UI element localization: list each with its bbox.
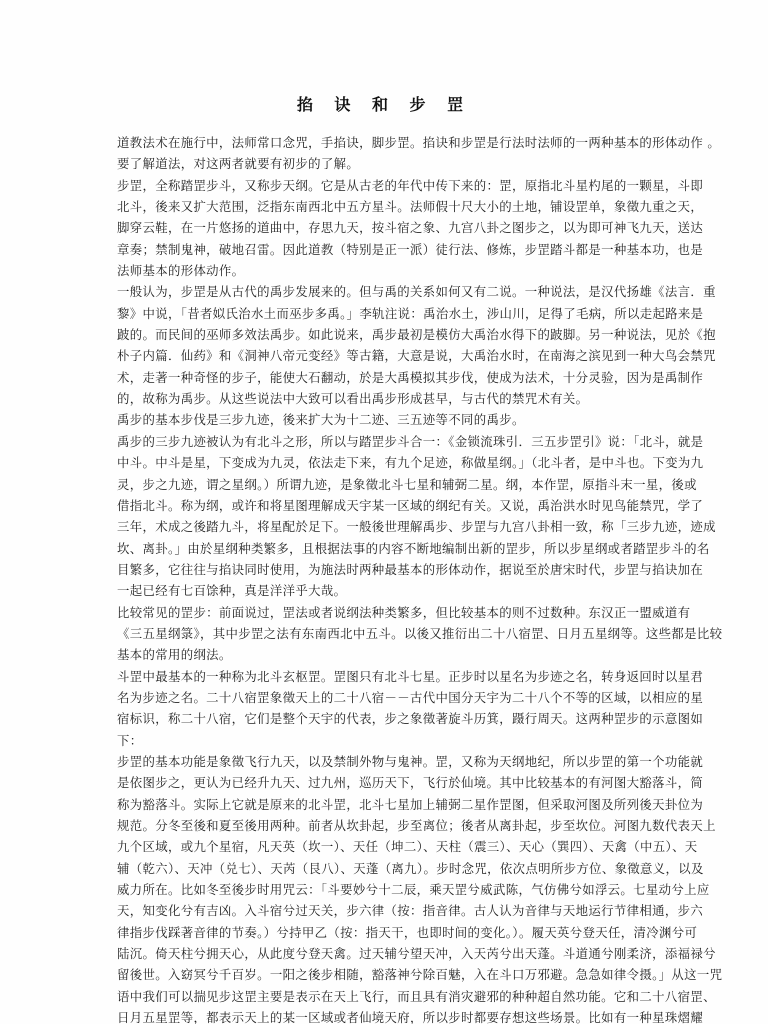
text-line: 是依图步之，更认为已经升九天、过九州，巡历天下，飞行於仙境。其中比较基本的有河图… — [117, 772, 662, 793]
text-line: 脚穿云鞋，在一片悠扬的道曲中，存思九天，按斗宿之象、九宫八卦之图步之，以为即可神… — [117, 217, 662, 238]
text-line: 步罡，全称踏罡步斗，又称步天纲。它是从古老的年代中传下来的：罡，原指北斗星杓尾的… — [117, 175, 662, 196]
text-line: 一起已经有七百馀种，真是洋洋乎大哉。 — [117, 580, 662, 601]
text-line: 法师基本的形体动作。 — [117, 260, 662, 281]
text-line: 九个区域，或九个星宿，凡天英（坎一）、天任（坤二）、天柱（震三）、天心（巽四）、… — [117, 836, 662, 857]
text-line: 术，走著一种奇怪的步子，能使大石翻动，於是大禹模拟其步伐，使成为法术，十分灵验，… — [117, 367, 662, 388]
text-line: 北斗，後来又扩大范围，泛指东南西北中五方星斗。法师假十尺大小的土地，铺设罡单，象… — [117, 196, 662, 217]
text-line: 基本的常用的纲法。 — [117, 644, 662, 665]
text-line: 斗罡中最基本的一种称为北斗玄枢罡。罡图只有北斗七星。正步时以星名为步迹之名，转身… — [117, 666, 662, 687]
text-line: 道教法术在施行中，法师常口念咒，手掐诀，脚步罡。掐诀和步罡是行法时法师的一两种基… — [117, 132, 662, 153]
text-line: 灵，步之九迹，谓之星纲。）所谓九迹，是象徵北斗七星和辅弼二星。纲，本作罡，原指斗… — [117, 474, 662, 495]
text-line: 黎》中说，「昔者姒氏治水土而巫步多禹。」李轨注说：禹治水土，涉山川，足得了毛病，… — [117, 303, 662, 324]
text-line: 目繁多，它往往与掐诀同时使用，为施法时两种最基本的形体动作，据说至於唐宋时代，步… — [117, 559, 662, 580]
text-line: 中斗。中斗是星，下变成为九灵，依法走下来，有九个足迹，称做星纲。」（北斗者，是中… — [117, 452, 662, 473]
text-line: 步罡的基本功能是象徵飞行九天，以及禁制外物与鬼神。罡，又称为天纲地纪，所以步罡的… — [117, 751, 662, 772]
text-line: 的，故称为禹步。从这些说法中大致可以看出禹步形成甚早，与古代的禁咒术有关。 — [117, 388, 662, 409]
text-line: 要了解道法，对这两者就要有初步的了解。 — [117, 153, 662, 174]
text-line: 天，知变化兮有吉凶。入斗宿兮过天关，步六律（按：指音律。古人认为音律与天地运行节… — [117, 900, 662, 921]
document-page: 掐 诀 和 步 罡 道教法术在施行中，法师常口念咒，手掐诀，脚步罡。掐诀和步罡是… — [0, 0, 768, 1024]
text-line: 禹步的基本步伐是三步九迹，後来扩大为十二迹、三五迹等不同的禹步。 — [117, 409, 662, 430]
text-line: 日月五星罡等，都表示天上的某一区域或者仙境天府，所以步时都要存想这些场景。比如有… — [117, 1007, 662, 1024]
text-line: 禹步的三步九迹被认为有北斗之形，所以与踏罡步斗合一：《金锁流珠引．三五步罡引》说… — [117, 431, 662, 452]
text-line: 称为豁落斗。实际上它就是原来的北斗罡，北斗七星加上辅弼二星作罡图，但采取河图及所… — [117, 794, 662, 815]
text-line: 威力所在。比如冬至後步时用咒云：「斗要妙兮十二辰，乘天罡兮威武陈，气仿佛兮如浮云… — [117, 879, 662, 900]
text-line: 比较常见的罡步：前面说过，罡法或者说纲法种类繁多，但比较基本的则不过数种。东汉正… — [117, 602, 662, 623]
text-line: 朴子内篇．仙药》和《洞神八帝元变经》等古籍，大意是说，大禹治水时，在南海之滨见到… — [117, 345, 662, 366]
text-line: 陆沉。倚天柱兮拥天心，从此度兮登天禽。过天辅兮望天冲，入天芮兮出天蓬。斗道通兮刚… — [117, 943, 662, 964]
text-line: 名为步迹之名。二十八宿罡象徵天上的二十八宿－－古代中国分天宇为二十八个不等的区域… — [117, 687, 662, 708]
text-line: 规范。分冬至後和夏至後用两种。前者从坎卦起，步至离位；後者从离卦起，步至坎位。河… — [117, 815, 662, 836]
text-line: 宿标识，称二十八宿，它们是整个天宇的代表，步之象徵著旋斗历箕，蹑行周天。这两种罡… — [117, 708, 662, 729]
text-line: 跛的。而民间的巫师多效法禹步。如此说来，禹步最初是模仿大禹治水得下的跛脚。另一种… — [117, 324, 662, 345]
text-line: 借指北斗。称为纲，或许和将星图理解成天宇某一区域的纲纪有关。又说，禹治洪水时见鸟… — [117, 495, 662, 516]
text-line: 律指步伐踩著音律的节奏。）兮持甲乙（按：指天干，也即时间的变化。）。履天英兮登天… — [117, 922, 662, 943]
text-line: 语中我们可以揣见步这罡主要是表示在天上飞行，而且具有消灾避邪的种种超自然功能。它… — [117, 986, 662, 1007]
text-line: 留後世。入窈冥兮千百岁。一阳之後步相随，豁落神兮除百魅，入在斗口万邪避。急急如律… — [117, 964, 662, 985]
text-line: 坎、离卦。」由於星纲种类繁多，且根据法事的内容不断地编制出新的罡步，所以步星纲或… — [117, 538, 662, 559]
text-line: 三年，术成之後踏九斗，将星配於足下。一般後世理解禹步、步罡与九宫八卦相一致，称「… — [117, 516, 662, 537]
text-line: 下： — [117, 730, 662, 751]
text-line: 一般认为，步罡是从古代的禹步发展来的。但与禹的关系如何又有二说。一种说法，是汉代… — [117, 281, 662, 302]
text-line: 《三五星纲箓》，其中步罡之法有东南西北中五斗。以後又推衍出二十八宿罡、日月五星纲… — [117, 623, 662, 644]
document-body: 道教法术在施行中，法师常口念咒，手掐诀，脚步罡。掐诀和步罡是行法时法师的一两种基… — [117, 132, 662, 1024]
text-line: 章奏；禁制鬼神，破地召雷。因此道教（特别是正一派）徒行法、修炼，步罡踏斗都是一种… — [117, 239, 662, 260]
text-line: 辅（乾六）、天冲（兑七）、天芮（艮八）、天蓬（离九）。步时念咒，依次点明所步方位… — [117, 858, 662, 879]
document-title: 掐 诀 和 步 罡 — [0, 92, 768, 115]
